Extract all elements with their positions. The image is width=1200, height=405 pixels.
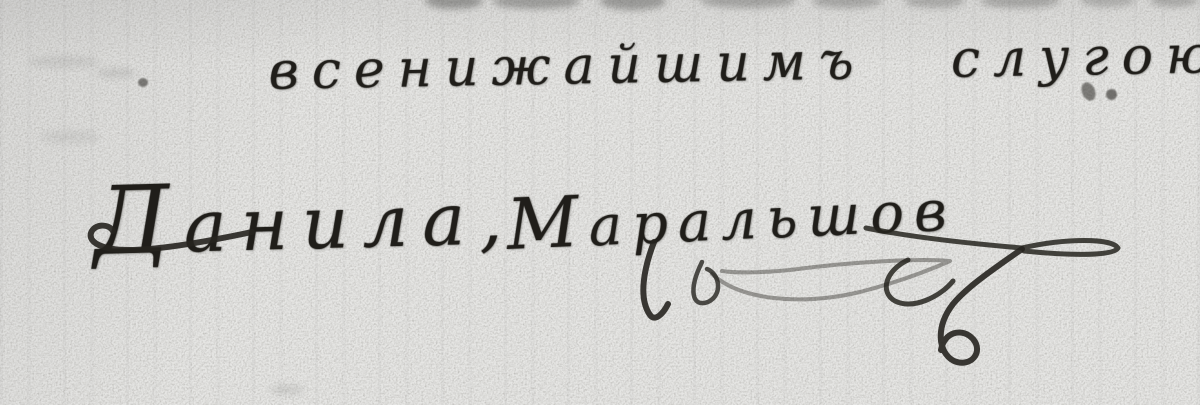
cropped-line-remnant: [700, 0, 796, 8]
signature-given-name: Данила,: [92, 157, 517, 277]
ink-dot: [1106, 89, 1117, 100]
cropped-line-remnant: [812, 0, 882, 8]
bleedthrough-mark: [40, 130, 100, 144]
paraph-rho-loop: [693, 262, 718, 303]
ink-dot: [138, 78, 148, 87]
cropped-line-remnant: [980, 0, 1060, 8]
paraph-main-loop: [941, 249, 1022, 363]
signature-surname: Маральшов: [505, 164, 958, 266]
cropped-line-remnant: [600, 0, 666, 10]
manuscript-scan-page: всенижайшимъ слугою. Данила, Маральшов: [0, 0, 1200, 405]
valediction-text: всенижайшимъ слугою.: [268, 25, 1200, 102]
paraph-inner-loop: [886, 260, 953, 304]
cropped-line-remnant: [905, 0, 965, 8]
cropped-line-remnant: [425, 0, 483, 9]
cropped-line-remnant: [492, 0, 580, 9]
cropped-line-remnant: [1080, 0, 1135, 7]
cropped-line-remnant: [1150, 0, 1198, 7]
paraph-faint-bowl: [712, 260, 950, 299]
bleedthrough-mark: [28, 56, 100, 68]
bleedthrough-mark: [96, 68, 136, 78]
bleedthrough-mark: [270, 385, 304, 394]
